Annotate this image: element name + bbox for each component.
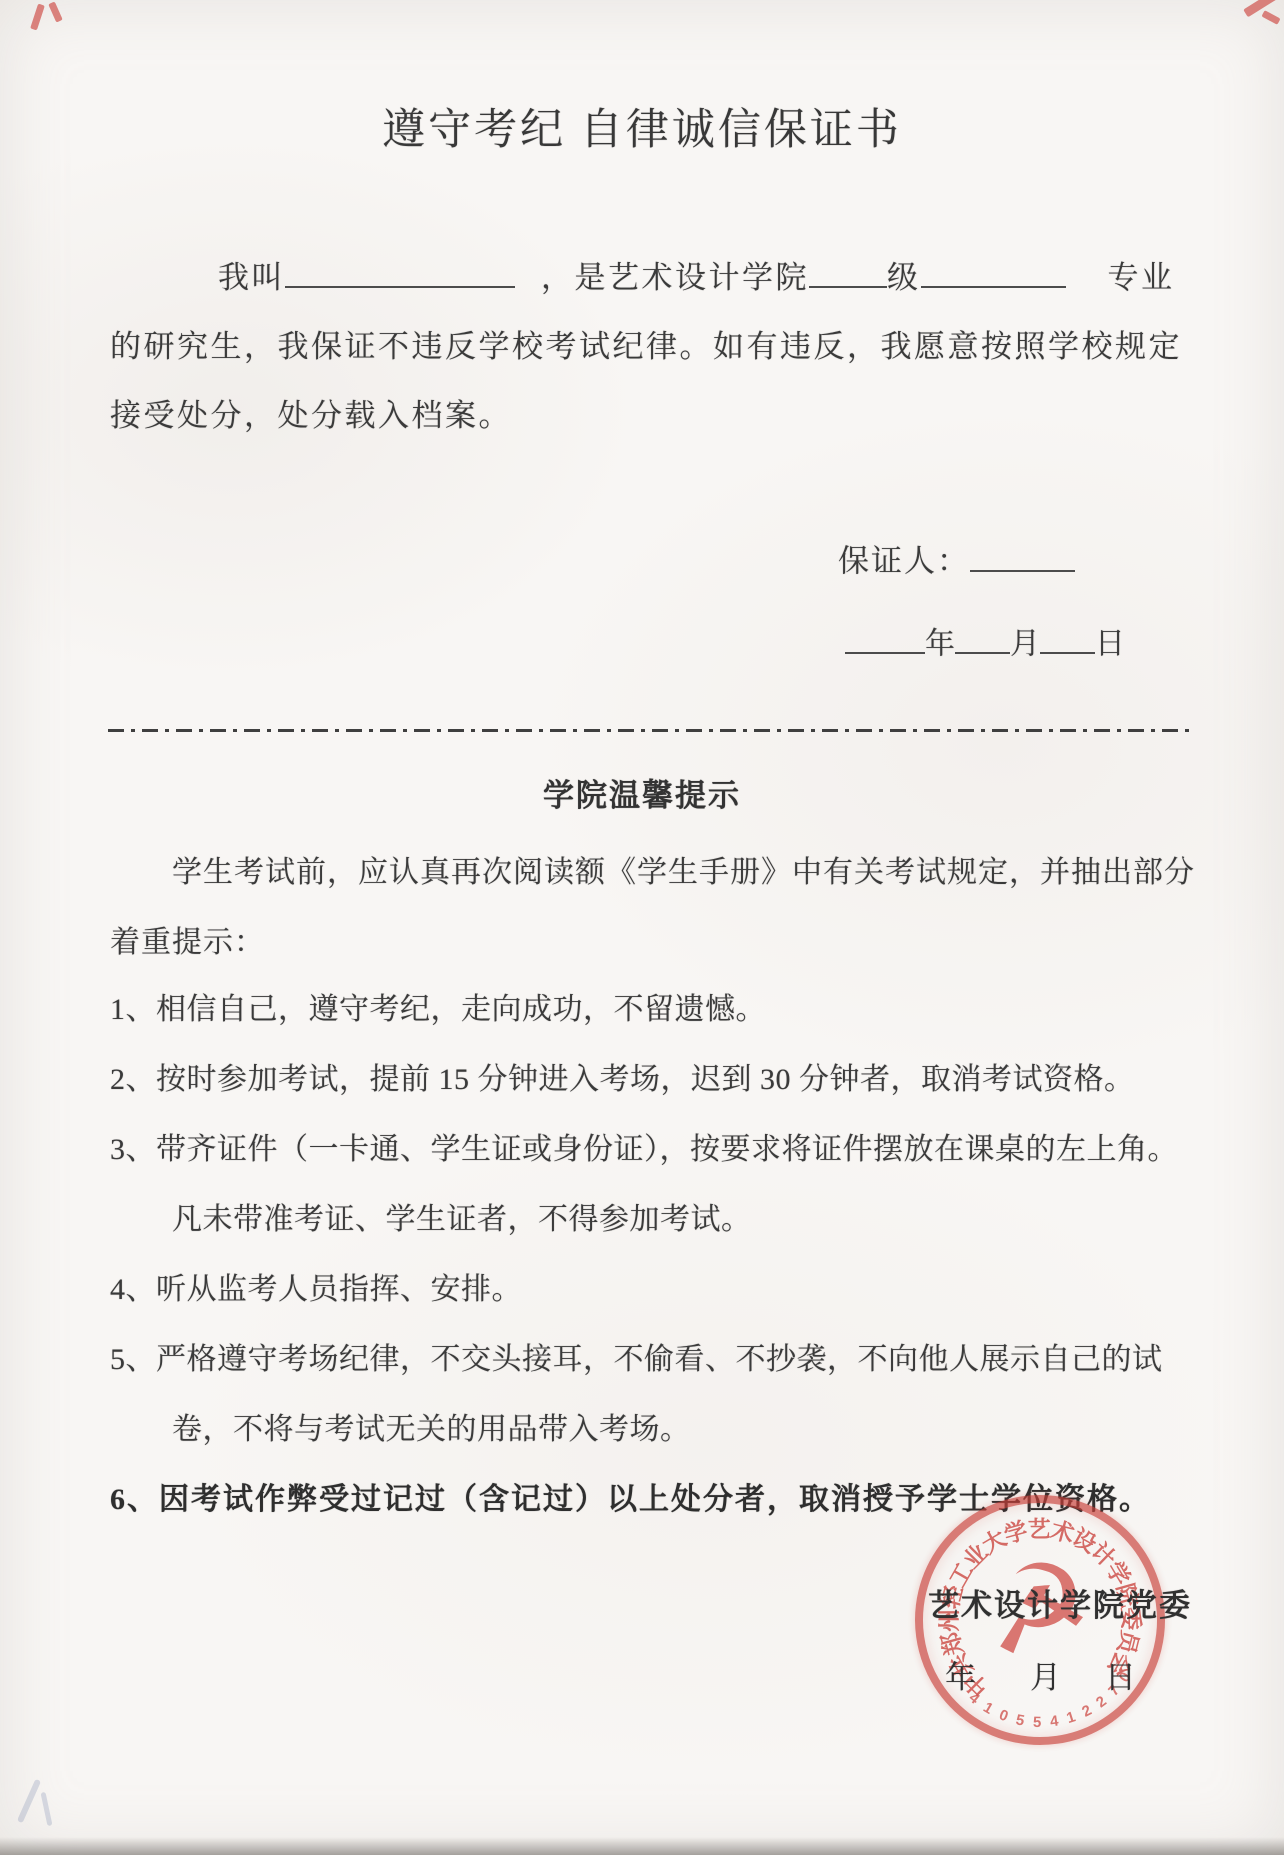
notice-heading: 学院温馨提示 bbox=[0, 770, 1284, 815]
notice-item: 1、相信自己，遵守考纪，走向成功，不留遗憾。 bbox=[110, 975, 1210, 1045]
notice-item: 2、按时参加考试，提前 15 分钟进入考场，迟到 30 分钟者，取消考试资格。 bbox=[110, 1045, 1210, 1115]
scanned-pledge-document: 遵守考纪 自律诚信保证书 我叫，是艺术设计学院级专业 的研究生，我保证不违反学校… bbox=[0, 0, 1284, 1855]
year-label: 年 bbox=[925, 628, 955, 661]
document-title: 遵守考纪 自律诚信保证书 bbox=[0, 96, 1284, 157]
signature-date-line: 年月日 bbox=[945, 1652, 1136, 1697]
ink-smudge-bottom-left-2 bbox=[41, 1792, 53, 1826]
major-blank-field bbox=[921, 253, 1066, 288]
sig-day-label: 日 bbox=[1105, 1660, 1136, 1695]
notice-item: 3、带齐证件（一卡通、学生证或身份证），按要求将证件摆放在课桌的左上角。 凡未带… bbox=[110, 1115, 1210, 1255]
red-ink-mark-top-left bbox=[30, 4, 45, 31]
month-blank-field bbox=[955, 620, 1010, 654]
red-ink-mark-top-left-2 bbox=[48, 1, 63, 22]
dashed-divider bbox=[108, 729, 1190, 732]
guarantor-label: 保证人： bbox=[838, 544, 970, 579]
day-blank-field bbox=[1040, 620, 1095, 654]
sig-year-label: 年 bbox=[945, 1660, 976, 1695]
notice-intro: 学生考试前，应认真再次阅读额《学生手册》中有关考试规定，并抽出部分 着重提示： bbox=[110, 838, 1206, 978]
major-label: 专业 bbox=[1108, 260, 1175, 295]
year-blank-field bbox=[845, 620, 925, 654]
month-label: 月 bbox=[1010, 628, 1040, 661]
guarantor-blank-field bbox=[970, 537, 1075, 572]
notice-item-list: 1、相信自己，遵守考纪，走向成功，不留遗憾。2、按时参加考试，提前 15 分钟进… bbox=[110, 975, 1210, 1535]
committee-signature: 艺术设计学院党委 bbox=[928, 1580, 1192, 1625]
notice-item: 4、听从监考人员指挥、安排。 bbox=[110, 1255, 1210, 1325]
guarantor-line: 保证人： bbox=[838, 537, 1075, 582]
ink-smudge-bottom-left bbox=[17, 1779, 41, 1823]
grade-blank-field bbox=[809, 253, 887, 288]
pledge-college-text: ，是艺术设计学院 bbox=[541, 260, 809, 295]
name-blank-field bbox=[285, 253, 515, 288]
pledge-paragraph: 我叫，是艺术设计学院级专业 的研究生，我保证不违反学校考试纪律。如有违反，我愿意… bbox=[110, 243, 1206, 450]
pledge-name-label: 我叫 bbox=[218, 260, 285, 295]
pledge-body-text: 的研究生，我保证不违反学校考试纪律。如有违反，我愿意按照学校规定 接受处分，处分… bbox=[110, 329, 1182, 433]
grade-label: 级 bbox=[887, 260, 921, 295]
scan-edge-shadow bbox=[0, 1837, 1284, 1855]
day-label: 日 bbox=[1095, 628, 1125, 661]
red-ink-mark-top-right-2 bbox=[1261, 10, 1280, 25]
notice-item: 5、严格遵守考场纪律，不交头接耳，不偷看、不抄袭，不向他人展示自己的试 卷，不将… bbox=[110, 1325, 1210, 1465]
sig-month-label: 月 bbox=[1030, 1660, 1061, 1695]
pledge-date-line: 年月日 bbox=[845, 620, 1125, 665]
